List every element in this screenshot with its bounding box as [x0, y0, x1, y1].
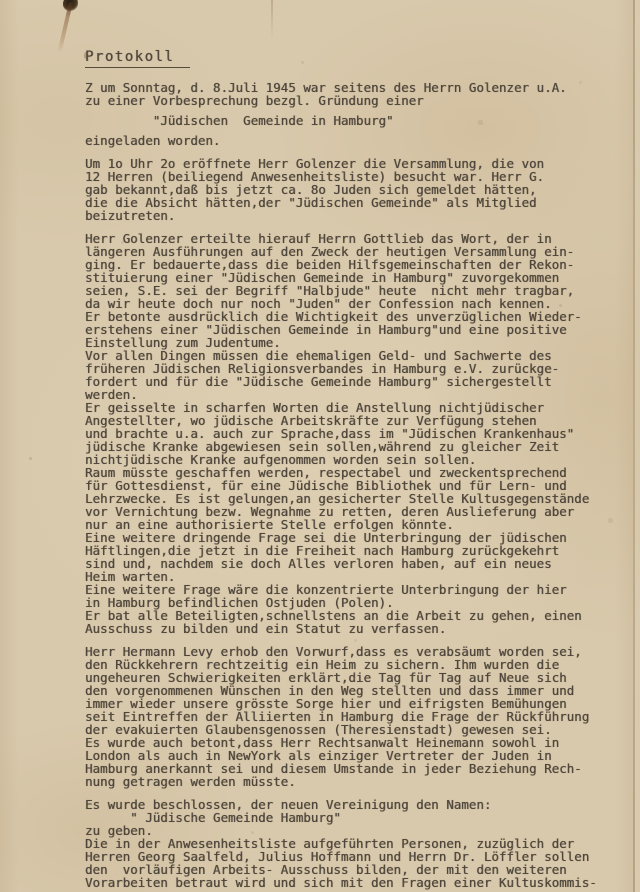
text-line: nung getragen werden müsste. — [85, 775, 630, 788]
scanned-document-page: Protokoll Z um Sonntag, d. 8.Juli 1945 w… — [0, 0, 640, 892]
text-line: Ausschuss zu bilden und ein Statut zu ve… — [85, 622, 630, 635]
paper-crease-top-middle — [271, 0, 273, 40]
text-line: beizutreten. — [85, 209, 630, 222]
page-right-edge — [635, 0, 640, 892]
paragraph: Herr Golenzer erteilte hierauf Herrn Got… — [85, 232, 630, 635]
document-title: Protokoll — [85, 49, 190, 68]
text-line: fordert und für die "Jüdische Gemeinde H… — [85, 375, 630, 388]
document-paragraphs: Z um Sonntag, d. 8.Juli 1945 war seitens… — [85, 81, 630, 889]
paragraph: Es wurde beschlossen, der neuen Vereinig… — [85, 798, 630, 889]
text-line: Vorarbeiten betraut wird und sich mit de… — [85, 876, 630, 889]
paragraph: Herr Hermann Levy erhob den Vorwurf,dass… — [85, 645, 630, 788]
text-line: eingeladen worden. — [85, 134, 630, 147]
text-line: "Jüdischen Gemeinde in Hamburg" — [85, 114, 630, 127]
text-line: " Jüdische Gemeinde Hamburg" — [85, 811, 630, 824]
text-line: zu einer Vorbesprechung bezgl. Gründung … — [85, 94, 630, 107]
paragraph: Um 1o Uhr 2o eröffnete Herr Golenzer die… — [85, 157, 630, 222]
paragraph: Z um Sonntag, d. 8.Juli 1945 war seitens… — [85, 81, 630, 147]
foxing-speckles — [0, 0, 1, 1]
document-text: Protokoll Z um Sonntag, d. 8.Juli 1945 w… — [85, 46, 630, 889]
